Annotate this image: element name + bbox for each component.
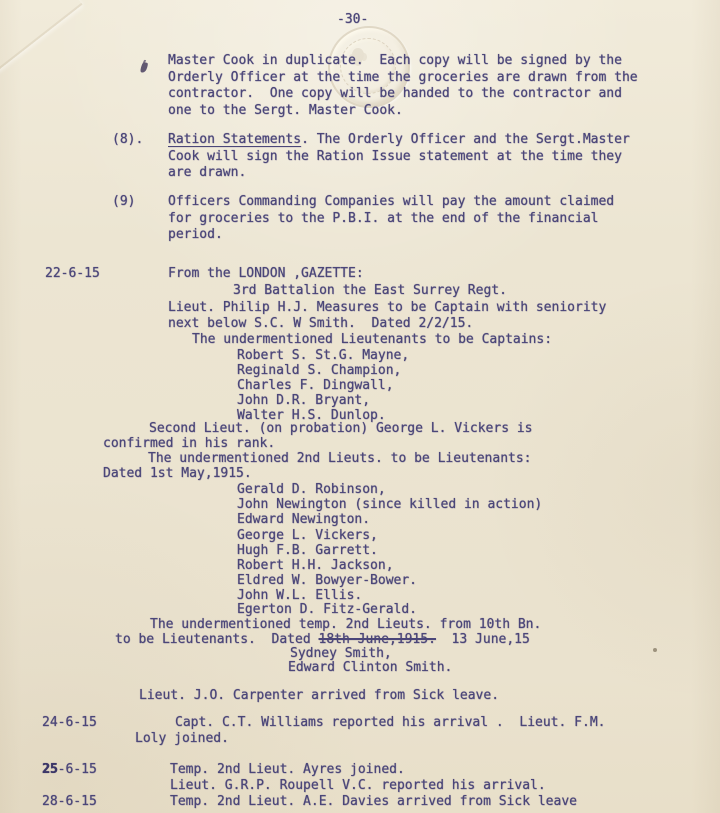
typed-text: -30- [337,12,368,27]
typed-part: Egerton D. Fitz-Gerald. [237,602,417,618]
typed-line: Loly joined. [0,731,720,748]
typed-line: Dated 1st May,1915. [0,466,720,483]
typed-part: Capt. C.T. Williams reported his arrival… [175,715,605,731]
typed-part: Robert H.H. Jackson, [237,558,394,574]
typed-text: Lieut. G.R.P. Roupell V.C. reported his … [170,778,546,793]
typed-text: (8). [112,132,143,147]
typed-text: George L. Vickers, [237,528,378,543]
typed-line: (9)Officers Commanding Companies will pa… [0,194,720,211]
typed-line: (8).Ration Statements. The Orderly Offic… [0,132,720,149]
typed-line: Lieut. Philip H.J. Measures to be Captai… [0,300,720,317]
typed-part: confirmed in his rank. [103,436,275,452]
dated-entry: 22-6-15From the LONDON ,GAZETTE: [0,266,720,283]
typed-part: Ration Statements. The Orderly Officer a… [168,132,630,148]
typed-text: Robert H.H. Jackson, [237,558,394,573]
typed-part: (9) [112,194,135,210]
typed-part: George L. Vickers, [237,528,378,544]
typed-text: Officers Commanding Companies will pay t… [168,194,614,209]
typed-line: Orderly Officer at the time the grocerie… [0,70,720,87]
typed-part: Reginald S. Champion, [237,363,401,379]
typed-text: Dated 1st May,1915. [103,466,252,481]
typed-line: one to the Sergt. Master Cook. [0,103,720,120]
typed-text: 24-6-15 [42,715,97,730]
typed-line: Master Cook in duplicate. Each copy will… [0,53,720,70]
typed-line: contractor. One copy will be handed to t… [0,86,720,103]
typed-text: Loly joined. [135,731,229,746]
typed-part: (8). [112,132,143,148]
typed-part: 22-6-15 [45,266,100,282]
typed-text: Master Cook in duplicate. Each copy will… [168,53,622,68]
typed-line: next below S.C. W Smith. Dated 2/2/15. [0,316,720,333]
dated-entry: 24-6-15Capt. C.T. Williams reported his … [0,715,720,732]
typed-text: . The Orderly Officer and the Sergt.Mast… [301,132,630,147]
typed-part: 3rd Battalion the East Surrey Regt. [233,283,507,299]
typed-text: Hugh F.B. Garrett. [237,543,378,558]
typed-text: Egerton D. Fitz-Gerald. [237,602,417,617]
typed-text: John Newington (since killed in action) [237,497,542,512]
typed-part: one to the Sergt. Master Cook. [168,103,403,119]
typed-text: Lieut. J.O. Carpenter arrived from Sick … [139,688,499,703]
typed-text: Edward Clinton Smith. [288,660,452,675]
typed-part: Second Lieut. (on probation) George L. V… [149,421,533,437]
typed-part: Loly joined. [135,731,229,747]
typed-text: Orderly Officer at the time the grocerie… [168,70,638,85]
typed-text: 13 June,15 [436,632,530,647]
underlined-text: Ration Statements [168,132,301,147]
typed-text: Cook will sign the Ration Issue statemen… [168,149,622,164]
typed-text: for groceries to the P.B.I. at the end o… [168,211,598,226]
typed-part: Edward Clinton Smith. [288,660,452,676]
typed-part: Orderly Officer at the time the grocerie… [168,70,638,86]
typed-text: John W.L. Ellis. [237,588,362,603]
typed-text: The undermentioned temp. 2nd Lieuts. fro… [150,617,541,632]
typed-part: Gerald D. Robinson, [237,482,386,498]
typed-text: Eldred W. Bowyer-Bower. [237,573,417,588]
typed-text: Charles F. Dingwall, [237,378,394,393]
typed-text: Robert S. St.G. Mayne, [237,348,409,363]
typed-text: 28-6-15 [42,794,97,809]
typed-line: Lieut. G.R.P. Roupell V.C. reported his … [0,778,720,795]
typed-line: 3rd Battalion the East Surrey Regt. [0,283,720,300]
typed-text: (9) [112,194,135,209]
typed-part: Charles F. Dingwall, [237,378,394,394]
typed-part: 25-6-15 [42,762,97,778]
typed-text: Reginald S. Champion, [237,363,401,378]
typed-text: Temp. 2nd Lieut. A.E. Davies arrived fro… [170,794,577,809]
typed-text: Edward Newington. [237,512,370,527]
typed-part: Hugh F.B. Garrett. [237,543,378,559]
typed-part: The undermentioned Lieutenants to be Cap… [192,332,552,348]
typed-part: period. [168,227,223,243]
typed-text: Lieut. Philip H.J. Measures to be Captai… [168,300,606,315]
typed-part: The undermentioned temp. 2nd Lieuts. fro… [150,617,541,633]
typed-text: 3rd Battalion the East Surrey Regt. [233,283,507,298]
typed-text: confirmed in his rank. [103,436,275,451]
typed-part: Temp. 2nd Lieut. Ayres joined. [170,762,405,778]
page-number: -30- [0,12,720,29]
typed-line: Edward Clinton Smith. [0,660,720,677]
typed-line: for groceries to the P.B.I. at the end o… [0,211,720,228]
typed-part: From the LONDON ,GAZETTE: [168,266,364,282]
typed-line: The undermentioned Lieutenants to be Cap… [0,332,720,349]
typed-text: The undermentioned 2nd Lieuts. to be Lie… [148,451,532,466]
typed-part: 24-6-15 [42,715,97,731]
typed-text: one to the Sergt. Master Cook. [168,103,403,118]
typed-part: -30- [337,12,368,28]
typed-line: Edward Newington. [0,512,720,529]
typed-text: 22-6-15 [45,266,100,281]
overtyped-bold-text: 25 [42,762,58,777]
typed-text: Second Lieut. (on probation) George L. V… [149,421,533,436]
typed-part: The undermentioned 2nd Lieuts. to be Lie… [148,451,532,467]
typed-part: for groceries to the P.B.I. at the end o… [168,211,598,227]
typed-text: From the LONDON ,GAZETTE: [168,266,364,281]
typed-text: Gerald D. Robinson, [237,482,386,497]
document-page: -30-Master Cook in duplicate. Each copy … [0,0,720,813]
dated-entry: 25-6-15Temp. 2nd Lieut. Ayres joined. [0,762,720,779]
typed-part: Lieut. G.R.P. Roupell V.C. reported his … [170,778,546,794]
typed-part: Edward Newington. [237,512,370,528]
typed-line: period. [0,227,720,244]
typed-part: Officers Commanding Companies will pay t… [168,194,614,210]
typed-part: Lieut. J.O. Carpenter arrived from Sick … [139,688,499,704]
typed-line: are drawn. [0,165,720,182]
typed-text: next below S.C. W Smith. Dated 2/2/15. [168,316,473,331]
typed-part: Dated 1st May,1915. [103,466,252,482]
typed-text: to be Lieutenants. Dated [115,632,319,647]
typed-text: The undermentioned Lieutenants to be Cap… [192,332,552,347]
typed-part: John Newington (since killed in action) [237,497,542,513]
typed-part: Eldred W. Bowyer-Bower. [237,573,417,589]
typed-part: Lieut. Philip H.J. Measures to be Captai… [168,300,606,316]
typed-text: Capt. C.T. Williams reported his arrival… [175,715,605,730]
typed-part: contractor. One copy will be handed to t… [168,86,622,102]
typed-text: Temp. 2nd Lieut. Ayres joined. [170,762,405,777]
typed-line: Cook will sign the Ration Issue statemen… [0,149,720,166]
typed-text-layer: -30-Master Cook in duplicate. Each copy … [0,0,720,813]
typed-text: period. [168,227,223,242]
typed-part: Temp. 2nd Lieut. A.E. Davies arrived fro… [170,794,577,810]
typed-text: contractor. One copy will be handed to t… [168,86,622,101]
typed-text: Sydney Smith, [290,646,392,661]
typed-part: 28-6-15 [42,794,97,810]
typed-text: -6-15 [58,762,97,777]
typed-part: Master Cook in duplicate. Each copy will… [168,53,622,69]
typed-text: are drawn. [168,165,246,180]
typed-text: John D.R. Bryant, [237,393,370,408]
typed-part: are drawn. [168,165,246,181]
typed-part: next below S.C. W Smith. Dated 2/2/15. [168,316,473,332]
typed-part: John D.R. Bryant, [237,393,370,409]
struck-through-text: 18th June,1915. [319,632,436,647]
dated-entry: 28-6-15Temp. 2nd Lieut. A.E. Davies arri… [0,794,720,811]
typed-part: Robert S. St.G. Mayne, [237,348,409,364]
typed-line: Lieut. J.O. Carpenter arrived from Sick … [0,688,720,705]
typed-part: Cook will sign the Ration Issue statemen… [168,149,622,165]
